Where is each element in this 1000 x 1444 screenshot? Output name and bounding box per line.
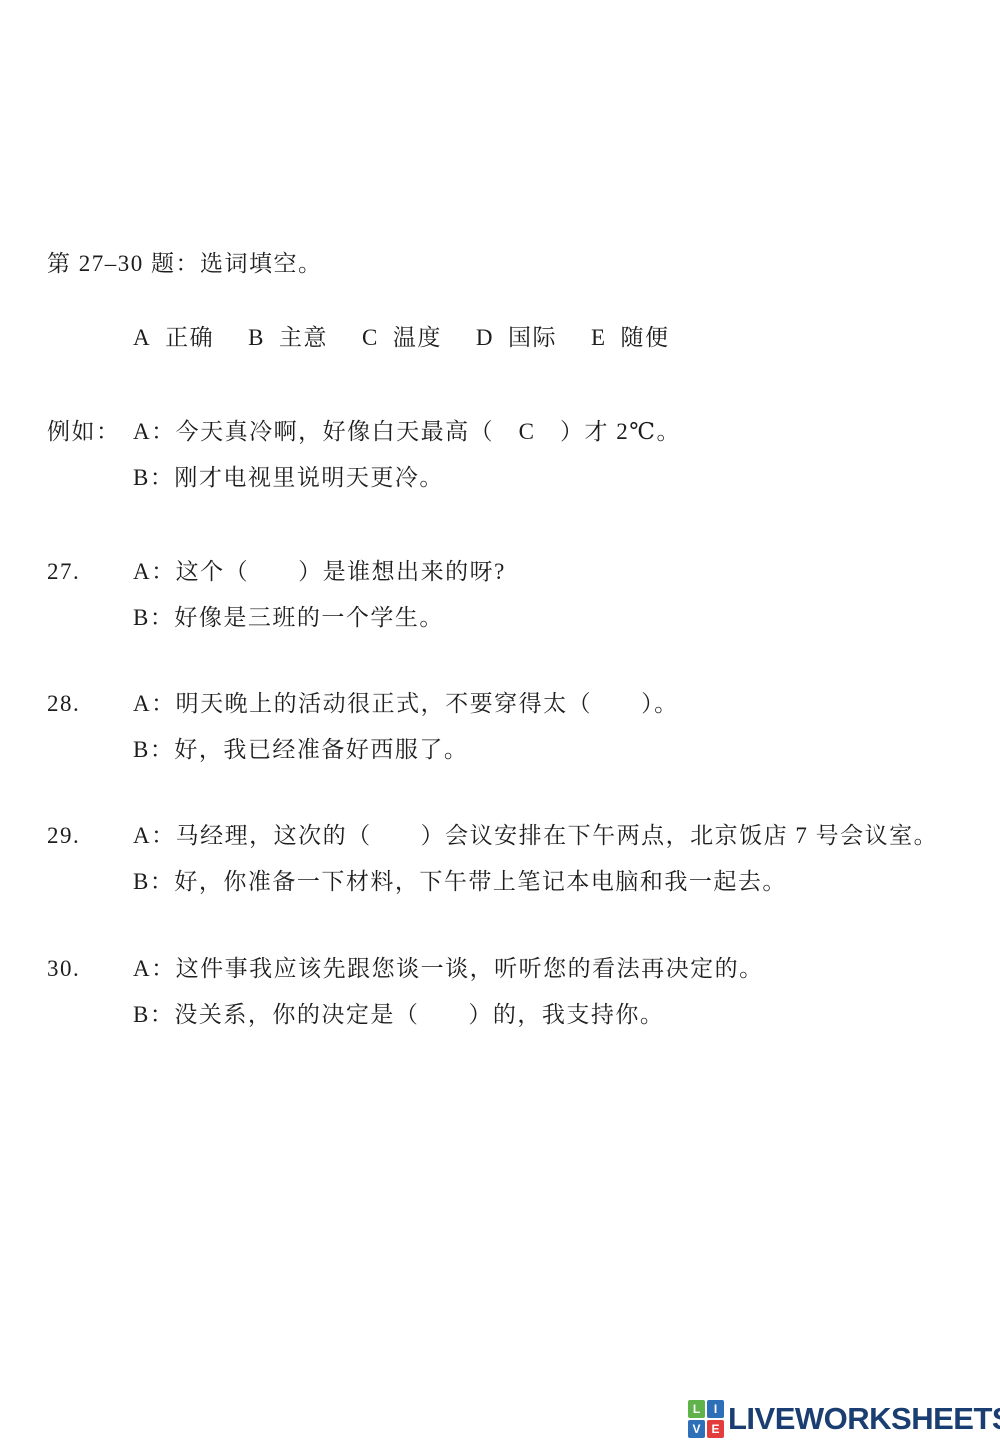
example-dialog: A：今天真冷啊，好像白天最高（ C ）才 2℃。 B：刚才电视里说明天更冷。	[133, 418, 681, 510]
question-27: 27. A：这个（ ）是谁想出来的呀? B：好像是三班的一个学生。	[47, 558, 506, 650]
word-option-b: B主意	[248, 324, 328, 351]
dialog-line: B：没关系，你的决定是（ ）的，我支持你。	[133, 1001, 764, 1028]
speaker-label: B：	[133, 869, 174, 894]
option-word: 国际	[508, 325, 557, 350]
dialog-line: A：马经理，这次的（ ）会议安排在下午两点，北京饭店 7 号会议室。	[133, 822, 938, 849]
dialog-text: 刚才电视里说明天更冷。	[174, 465, 444, 490]
option-word: 温度	[393, 325, 442, 350]
dialog-line: B：好，我已经准备好西服了。	[133, 736, 679, 763]
example-block: 例如： A：今天真冷啊，好像白天最高（ C ）才 2℃。 B：刚才电视里说明天更…	[47, 418, 681, 510]
option-word: 正确	[165, 325, 214, 350]
question-number: 29.	[47, 822, 80, 849]
dialog-text: 没关系，你的决定是（ ）的，我支持你。	[174, 1002, 664, 1027]
dialog-line: A：今天真冷啊，好像白天最高（ C ）才 2℃。	[133, 418, 681, 445]
speaker-label: A：	[133, 419, 176, 444]
dialog-text: 这件事我应该先跟您谈一谈，听听您的看法再决定的。	[176, 956, 764, 981]
option-word: 主意	[279, 325, 328, 350]
speaker-label: A：	[133, 823, 176, 848]
option-word: 随便	[621, 325, 670, 350]
dialog-text: 明天晚上的活动很正式，不要穿得太（ ）。	[176, 691, 679, 716]
dialog-line: B：好像是三班的一个学生。	[133, 604, 506, 631]
question-number: 27.	[47, 558, 80, 585]
dialog-line: A：明天晚上的活动很正式，不要穿得太（ ）。	[133, 690, 679, 717]
option-letter: D	[476, 324, 494, 351]
liveworksheets-logo-link[interactable]: L I V E LIVEWORKSHEETS	[688, 1400, 1000, 1438]
dialog-line: B：好，你准备一下材料，下午带上笔记本电脑和我一起去。	[133, 868, 938, 895]
dialog-line: A：这件事我应该先跟您谈一谈，听听您的看法再决定的。	[133, 955, 764, 982]
word-option-e: E随便	[591, 324, 670, 351]
dialog-text: 马经理，这次的（ ）会议安排在下午两点，北京饭店 7 号会议室。	[176, 823, 939, 848]
dialog-text: 今天真冷啊，好像白天最高（ C ）才 2℃。	[176, 419, 681, 444]
dialog-line: B：刚才电视里说明天更冷。	[133, 464, 681, 491]
question-dialog: A：这个（ ）是谁想出来的呀? B：好像是三班的一个学生。	[133, 558, 506, 631]
dialog-text: 好，你准备一下材料，下午带上笔记本电脑和我一起去。	[174, 869, 787, 894]
example-label: 例如：	[47, 418, 133, 510]
option-letter: E	[591, 324, 607, 351]
logo-tile-e: E	[707, 1420, 724, 1438]
word-option-c: C温度	[362, 324, 442, 351]
speaker-label: B：	[133, 605, 174, 630]
question-dialog: A：这件事我应该先跟您谈一谈，听听您的看法再决定的。 B：没关系，你的决定是（ …	[133, 955, 764, 1028]
speaker-label: A：	[133, 956, 176, 981]
dialog-text: 好，我已经准备好西服了。	[174, 737, 468, 762]
dialog-text: 好像是三班的一个学生。	[174, 605, 444, 630]
option-letter: C	[362, 324, 379, 351]
liveworksheets-tiles-icon: L I V E	[688, 1400, 724, 1438]
question-30: 30. A：这件事我应该先跟您谈一谈，听听您的看法再决定的。 B：没关系，你的决…	[47, 955, 764, 1047]
word-option-a: A正确	[133, 324, 214, 351]
question-number: 28.	[47, 690, 80, 717]
dialog-text: 这个（ ）是谁想出来的呀?	[176, 559, 506, 584]
speaker-label: B：	[133, 465, 174, 490]
worksheet-page: 第 27–30 题：选词填空。 A正确 B主意 C温度 D国际 E随便 例如： …	[0, 0, 1000, 1444]
dialog-line: A：这个（ ）是谁想出来的呀?	[133, 558, 506, 585]
logo-tile-v: V	[688, 1420, 705, 1438]
speaker-label: B：	[133, 737, 174, 762]
speaker-label: A：	[133, 691, 176, 716]
section-title: 第 27–30 题：选词填空。	[47, 250, 323, 277]
speaker-label: A：	[133, 559, 176, 584]
question-dialog: A：马经理，这次的（ ）会议安排在下午两点，北京饭店 7 号会议室。 B：好，你…	[133, 822, 938, 895]
question-29: 29. A：马经理，这次的（ ）会议安排在下午两点，北京饭店 7 号会议室。 B…	[47, 822, 938, 914]
logo-tile-i: I	[707, 1400, 724, 1418]
option-letter: A	[133, 324, 151, 351]
question-28: 28. A：明天晚上的活动很正式，不要穿得太（ ）。 B：好，我已经准备好西服了…	[47, 690, 679, 782]
option-letter: B	[248, 324, 265, 351]
logo-tile-l: L	[688, 1400, 705, 1418]
question-dialog: A：明天晚上的活动很正式，不要穿得太（ ）。 B：好，我已经准备好西服了。	[133, 690, 679, 763]
liveworksheets-wordmark: LIVEWORKSHEETS	[728, 1400, 1000, 1438]
word-bank: A正确 B主意 C温度 D国际 E随便	[133, 324, 704, 351]
speaker-label: B：	[133, 1002, 174, 1027]
question-number: 30.	[47, 955, 80, 982]
word-option-d: D国际	[476, 324, 557, 351]
